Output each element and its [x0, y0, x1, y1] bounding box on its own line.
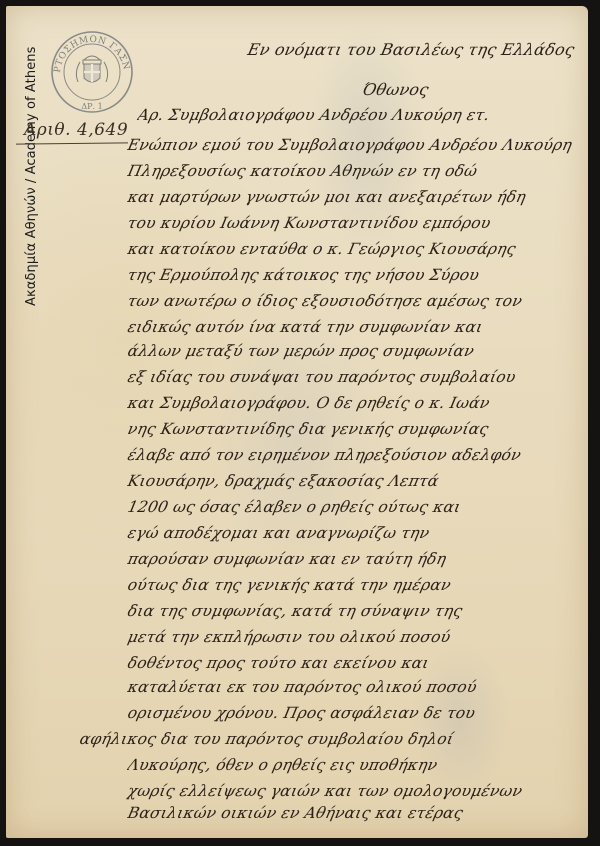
body-line: καταλύεται εκ του παρόντος ολικού ποσού: [126, 678, 600, 696]
manuscript-page: ΧΑΡΤΟΣΗΜΟΝ ΓΑΣΝΟΝ ΔΡ. 1 Ακαδημία Αθηνών …: [6, 6, 588, 838]
body-line: Πληρεξουσίως κατοίκου Αθηνών εν τη οδώ: [126, 162, 600, 180]
body-line: και κατοίκου ενταύθα ο κ. Γεώργιος Κιουσ…: [126, 240, 600, 258]
body-line: χωρίς ελλείψεως γαιών και των ομολογουμέ…: [126, 782, 600, 800]
header-line-1: Εν ονόματι του Βασιλέως της Ελλάδος: [246, 40, 576, 59]
body-line: εξ ιδίας του συνάψαι του παρόντος συμβολ…: [126, 368, 600, 386]
body-line: και Συμβολαιογράφου. Ο δε ρηθείς ο κ. Ιω…: [126, 394, 600, 412]
archive-number-underline: [16, 142, 128, 144]
body-line: Βασιλικών οικιών εν Αθήναις και ετέρας: [126, 804, 600, 822]
scan-frame: ΧΑΡΤΟΣΗΜΟΝ ΓΑΣΝΟΝ ΔΡ. 1 Ακαδημία Αθηνών …: [0, 0, 600, 846]
archive-number: Αριθ. 4,649: [24, 120, 128, 140]
body-line: ορισμένου χρόνου. Προς ασφάλειαν δε του: [126, 704, 600, 722]
body-line: ούτως δια της γενικής κατά την ημέραν: [126, 576, 600, 594]
body-line: Ενώπιον εμού του Συμβολαιογράφου Ανδρέου…: [126, 136, 600, 154]
header-line-2: Όθωνος: [361, 80, 431, 99]
body-line: εγώ αποδέχομαι και αναγνωρίζω την: [126, 524, 600, 542]
body-line: του κυρίου Ιωάννη Κωνσταντινίδου εμπόρου: [126, 214, 600, 232]
body-line: ειδικώς αυτόν ίνα κατά την συμφωνίαν και: [126, 318, 600, 336]
body-line: δοθέντος προς τούτο και εκείνου και: [126, 654, 600, 672]
body-line: δια της συμφωνίας, κατά τη σύναψιν της: [126, 602, 600, 620]
body-line: παρούσαν συμφωνίαν και εν ταύτη ήδη: [126, 550, 600, 568]
body-line: 1200 ως όσας έλαβεν ο ρηθείς ούτως και: [126, 498, 600, 516]
body-line: μετά την εκπλήρωσιν του ολικού ποσού: [126, 628, 600, 646]
body-line: νης Κωνσταντινίδης δια γενικής συμφωνίας: [126, 420, 600, 438]
body-line: αφήλικος δια του παρόντος συμβολαίου δηλ…: [78, 730, 552, 748]
archive-watermark: Ακαδημία Αθηνών / Academy of Athens: [24, 46, 39, 306]
body-line: άλλων μεταξύ των μερών προς συμφωνίαν: [126, 342, 600, 360]
stamp-bottom-text: ΔΡ. 1: [81, 102, 102, 111]
body-line: της Ερμούπολης κάτοικος της νήσου Σύρου: [126, 266, 600, 284]
body-line: έλαβε από τον ειρημένον πληρεξούσιον αδε…: [126, 446, 600, 464]
coat-of-arms-icon: [76, 56, 107, 82]
body-line: των ανωτέρω ο ίδιος εξουσιοδότησε αμέσως…: [126, 292, 600, 310]
body-line: Αρ. Συμβολαιογράφου Ανδρέου Λυκούρη ετ.: [136, 106, 600, 124]
body-line: και μαρτύρων γνωστών μοι και ανεξαιρέτων…: [126, 188, 600, 206]
revenue-stamp: ΧΑΡΤΟΣΗΜΟΝ ΓΑΣΝΟΝ ΔΡ. 1: [50, 30, 134, 114]
body-line: Λυκούρης, όθεν ο ρηθείς εις υποθήκην: [126, 756, 600, 774]
body-line: Κιουσάρην, δραχμάς εξακοσίας Λεπτά: [126, 472, 600, 490]
